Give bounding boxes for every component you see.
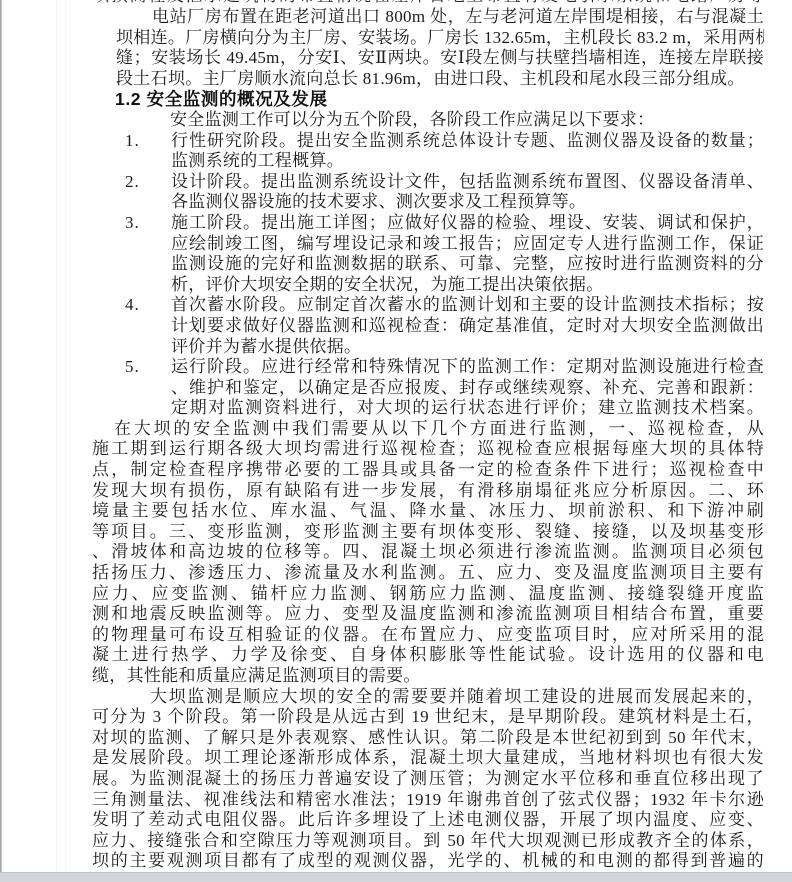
- text-line: 各监测仪器设施的技术要求、测次要求及工程预算等。: [171, 192, 764, 213]
- text-line: 括扬压力、渗透压力、渗流量及水利监测。五、应力、变及温度监测项目主要有: [92, 563, 764, 584]
- text-line: 计划要求做好仪器监测和巡视检查：确定基准值，定时对大坝安全监测做出: [171, 316, 764, 337]
- page-content: 电站厂房布置在距老河道出口 800m 处，左与老河道左岸围堤相接，右与混凝土 坝…: [92, 7, 764, 872]
- text-line: 的物理量可布设互相验证的仪器。在布置应力、应变监项目时，应对所采用的混: [92, 625, 764, 646]
- list-item-5: 5. 运行阶段。应进行经常和特殊情况下的监测工作：定期对监测设施进行检查 、维护…: [92, 357, 764, 419]
- section-heading-1-2: 1.2 安全监测的概况及发展: [115, 89, 764, 110]
- clipped-previous-line: 坝顶高程及泄水建筑物的布置情况在左岸台地上布置有发电引水系统和电站厂房等: [92, 0, 764, 6]
- text-line: 在大坝的安全监测中我们需要从以下几个方面进行监测，一、巡视检查，从: [92, 419, 764, 440]
- list-item-number: 3.: [125, 213, 171, 295]
- list-item-4: 4. 首次蓄水阶段。应制定首次蓄水的监测计划和主要的设计监测技术指标；按 计划要…: [92, 295, 764, 357]
- text-line: 对坝的监测、了解只是外表观察、感性认识。第二阶段是本世纪初到到 50 年代末，: [92, 728, 764, 749]
- text-line: 发现大坝有损伤，原有缺陷有进一步发展，有滑移崩塌征兆应分析原因。二、环: [92, 481, 764, 502]
- text-line: 析，评价大坝安全期的安全状况，为施工提出决策依据。: [171, 275, 764, 296]
- page-left-edge: [0, 0, 2, 882]
- list-item-number: 4.: [125, 295, 171, 357]
- text-line: 应力、应变监测、锚杆应力监测、钢筋应力监测、温度监测、接缝裂缝开度监: [92, 584, 764, 605]
- scan-artifact-line: [56, 0, 57, 872]
- list-item-3: 3. 施工阶段。提出施工详图；应做好仪器的检验、埋设、安装、调试和保护， 应绘制…: [92, 213, 764, 295]
- list-intro-line: 安全监测工作可以分为五个阶段，各阶段工作应满足以下要求：: [170, 110, 764, 131]
- list-item-2: 2. 设计阶段。提出监测系统设计文件，包括监测系统布置图、仪器设备清单、 各监测…: [92, 172, 764, 213]
- text-line: 设计阶段。提出监测系统设计文件，包括监测系统布置图、仪器设备清单、: [171, 172, 764, 193]
- paragraph-powerhouse-layout: 电站厂房布置在距老河道出口 800m 处，左与老河道左岸围堤相接，右与混凝土 坝…: [116, 7, 764, 89]
- text-line: 三角测量法、视准线法和精密水准法；1919 年谢弗首创了弦式仪器；1932 年卡…: [92, 790, 764, 811]
- text-line: 大坝监测是顺应大坝的安全的需要要并随着坝工建设的进展而发展起来的，: [92, 687, 764, 708]
- paragraph-monitoring-aspects: 在大坝的安全监测中我们需要从以下几个方面进行监测，一、巡视检查，从 施工期到运行…: [92, 419, 764, 687]
- text-line: 是发展阶段。坝工理论逐渐形成体系，混凝土坝大量建成，当地材料坝也有很大发: [92, 748, 764, 769]
- list-item-number: 5.: [125, 357, 171, 419]
- text-line: 可分为 3 个阶段。第一阶段是从远古到 19 世纪末，是早期阶段。建筑材料是土石…: [92, 707, 764, 728]
- text-line: 应力、接缝张合和空隙压力等观测项目。到 50 年代大坝观测已形成教齐全的体系，: [92, 831, 764, 852]
- text-line: 、滑坡体和高边坡的位移等。四、混凝土坝必须进行渗流监测。监测项目必须包: [92, 542, 764, 563]
- text-line: 首次蓄水阶段。应制定首次蓄水的监测计划和主要的设计监测技术指标；按: [171, 295, 764, 316]
- text-line: 行性研究阶段。提出安全监测系统总体设计专题、监测仪器及设备的数量；: [171, 131, 764, 152]
- text-line: 评价并为蓄水提供依据。: [171, 337, 764, 358]
- text-line: 定期对监测资料进行，对大坝的运行状态进行评价；建立监测技术档案。: [171, 398, 764, 419]
- stage-list: 1. 行性研究阶段。提出安全监测系统总体设计专题、监测仪器及设备的数量； 监测系…: [92, 131, 764, 419]
- text-line: 测和地震反映监测等。应力、变型及温度监测和渗流监测项目相结合布置，重要: [92, 604, 764, 625]
- scan-artifact-line: [65, 0, 66, 872]
- text-line: 运行阶段。应进行经常和特殊情况下的监测工作：定期对监测设施进行检查: [171, 357, 764, 378]
- paragraph-monitoring-history: 大坝监测是顺应大坝的安全的需要要并随着坝工建设的进展而发展起来的， 可分为 3 …: [92, 687, 764, 872]
- text-line: 缆，其性能和质量应满足监测项目的需要。: [92, 666, 764, 687]
- list-item-number: 2.: [125, 172, 171, 213]
- page-bottom-edge: [0, 872, 792, 882]
- text-line: 电站厂房布置在距老河道出口 800m 处，左与老河道左岸围堤相接，右与混凝土: [116, 7, 764, 28]
- text-line: 段土石坝。主厂房顺水流向总长 81.96m，由进口段、主机段和尾水段三部分组成。: [116, 69, 764, 90]
- text-line: 缝；安装场长 49.45m，分安Ⅰ、安Ⅱ两块。安Ⅰ段左侧与扶壁挡墙相连，连接左岸…: [116, 48, 764, 69]
- text-line: 坝相连。厂房横向分为主厂房、安装场。厂房长 132.65m，主机段长 83.2 …: [116, 28, 764, 49]
- text-line: 坝的主要观测项目都有了成型的观测仪器，光学的、机械的和电测的都得到普遍的: [92, 851, 764, 872]
- text-line: 应绘制竣工图，编写埋设记录和竣工报告；应固定专人进行监测工作，保证: [171, 234, 764, 255]
- text-line: 点，制定检查程序携带必要的工器具或具备一定的检查条件下进行；巡视检查中: [92, 460, 764, 481]
- text-line: 凝土进行热学、力学及徐变、自身体积膨胀等性能试验。设计选用的仪器和电: [92, 645, 764, 666]
- text-line: 展。为监测混凝土的扬压力普遍安设了测压管；为测定水平位移和垂直位移出现了: [92, 769, 764, 790]
- document-page: 坝顶高程及泄水建筑物的布置情况在左岸台地上布置有发电引水系统和电站厂房等 电站厂…: [0, 0, 792, 882]
- text-line: 境量主要包括水位、库水温、气温、降水量、冰压力、坝前淤积、和下游冲刷: [92, 501, 764, 522]
- list-item-1: 1. 行性研究阶段。提出安全监测系统总体设计专题、监测仪器及设备的数量； 监测系…: [92, 131, 764, 172]
- text-line: 发明了差动式电阻仪器。此后许多埋设了上述电测仪器，开展了坝内温度、应变、: [92, 810, 764, 831]
- text-line: 施工期到运行期各级大坝均需进行巡视检查；巡视检查应根据每座大坝的具体特: [92, 439, 764, 460]
- text-line: 监测系统的工程概算。: [171, 151, 764, 172]
- text-line: 等项目。三、变形监测，变形监测主要有坝体变形、裂缝、接缝，以及坝基变形: [92, 522, 764, 543]
- list-item-number: 1.: [125, 131, 171, 172]
- text-line: 施工阶段。提出施工详图；应做好仪器的检验、埋设、安装、调试和保护，: [171, 213, 764, 234]
- text-line: 、维护和鉴定，以确定是否应报废、封存或继续观察、补充、完善和跟新：: [171, 378, 764, 399]
- text-line: 监测设施的完好和监测数据的联系、可靠、完整，应按时进行监测资料的分: [171, 254, 764, 275]
